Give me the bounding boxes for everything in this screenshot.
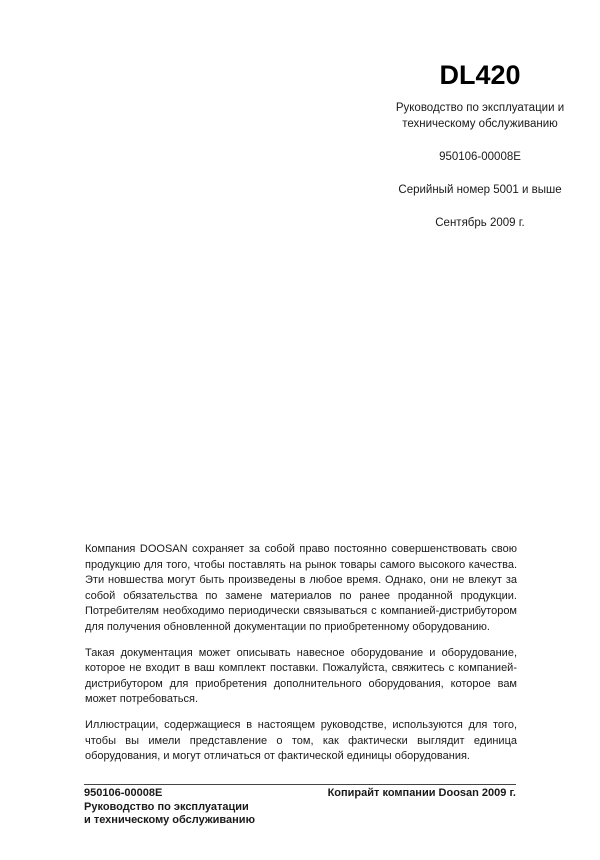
model-title: DL420 (360, 58, 600, 92)
publication-date: Сентябрь 2009 г. (360, 215, 600, 231)
part-number: 950106-00008E (360, 149, 600, 165)
title-block: DL420 Руководство по эксплуатации и техн… (360, 58, 600, 231)
manual-subtitle: Руководство по эксплуатации и техническо… (360, 100, 600, 132)
paragraph: Компания DOOSAN сохраняет за собой право… (85, 542, 517, 636)
footer-manual-line-2: и техническому обслуживанию (84, 814, 255, 828)
subtitle-line-2: техническому обслуживанию (360, 116, 600, 132)
footer-left: 950106-00008E Руководство по эксплуатаци… (84, 787, 255, 828)
paragraph: Такая документация может описывать навес… (85, 646, 517, 708)
footer-part-number: 950106-00008E (84, 787, 255, 801)
footer-copyright: Копирайт компании Doosan 2009 г. (328, 787, 516, 801)
serial-number: Серийный номер 5001 и выше (360, 182, 600, 198)
disclaimer-body: Компания DOOSAN сохраняет за собой право… (85, 542, 517, 775)
paragraph: Иллюстрации, содержащиеся в настоящем ру… (85, 718, 517, 765)
footer-divider (84, 784, 516, 785)
subtitle-line-1: Руководство по эксплуатации и (360, 100, 600, 116)
footer-manual-line-1: Руководство по эксплуатации (84, 801, 255, 815)
